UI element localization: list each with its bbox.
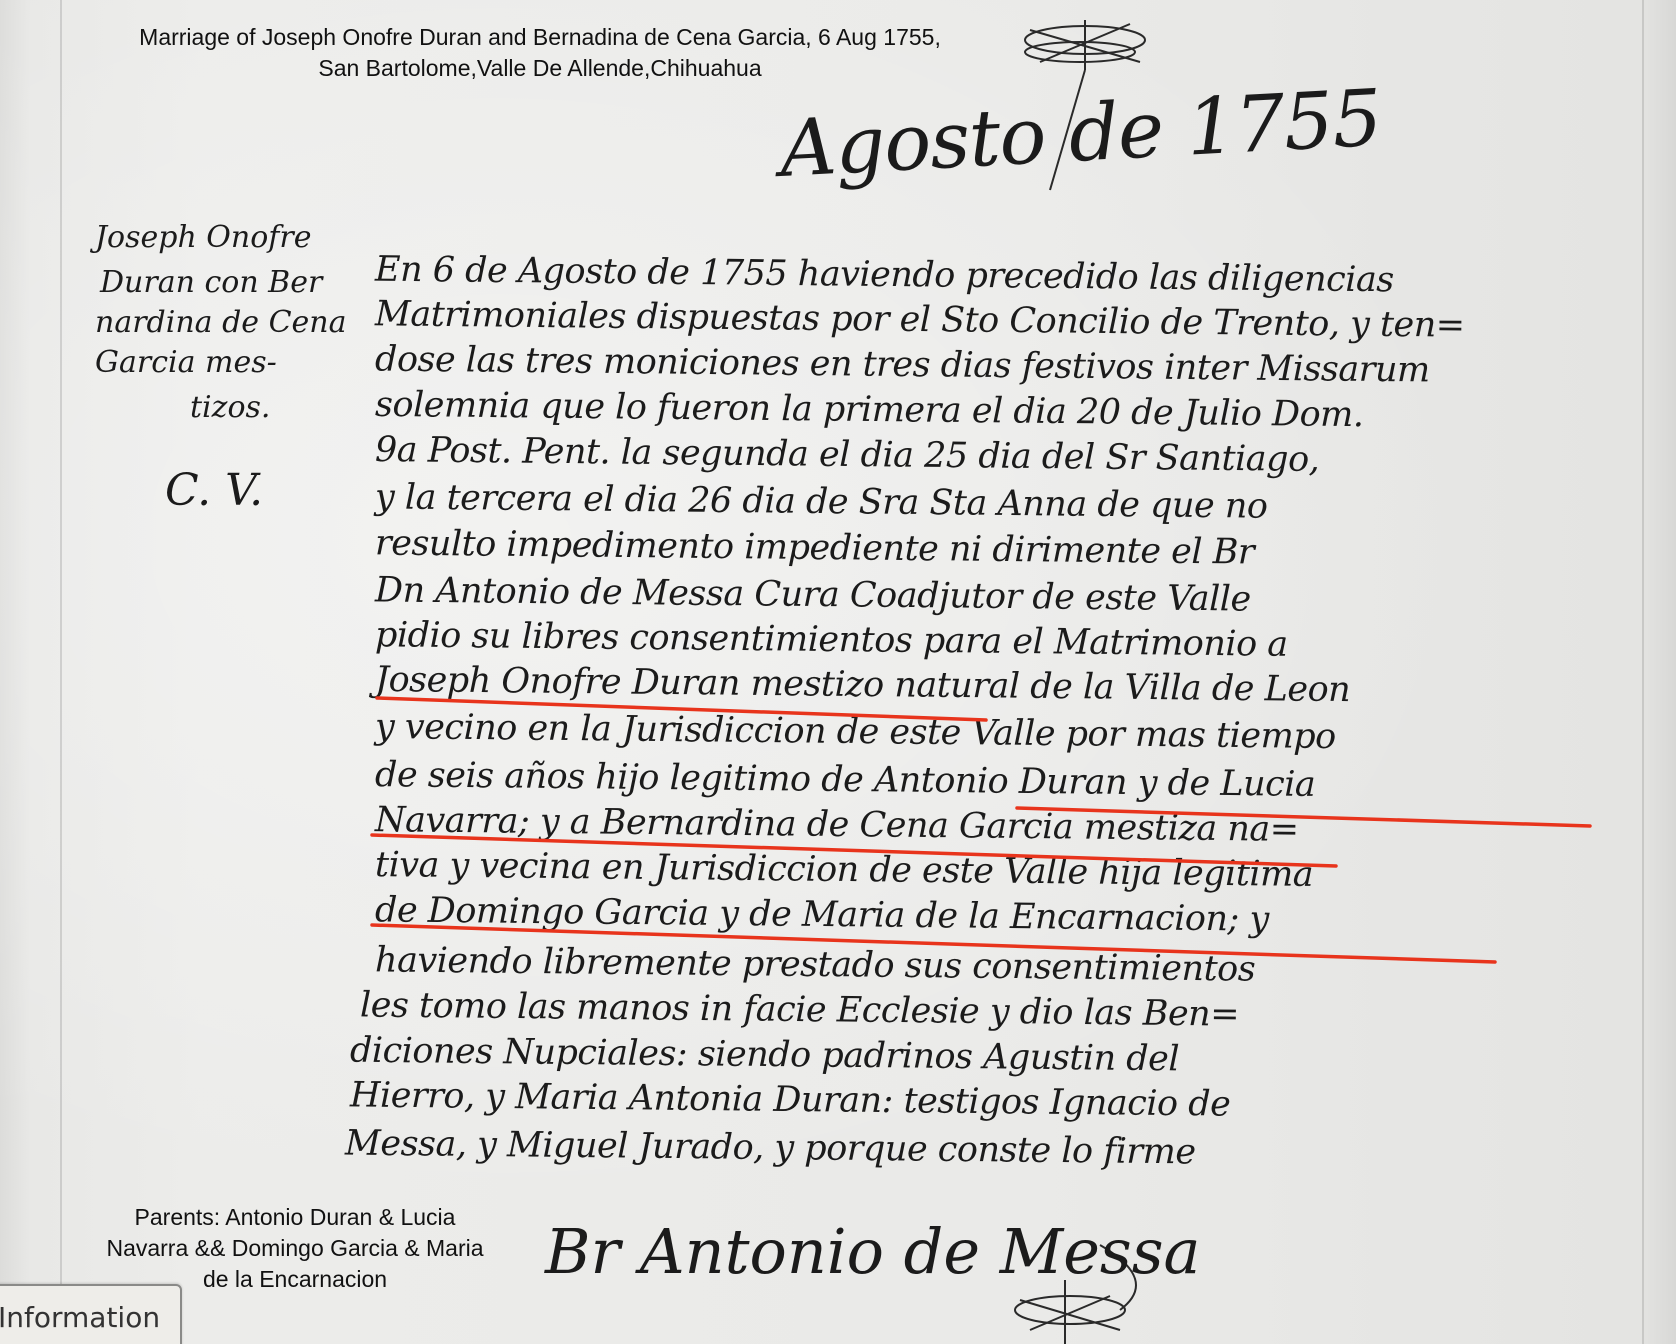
underline-bride	[372, 835, 1336, 866]
underline-bride-parents	[372, 925, 1495, 962]
underline-groom-parents	[1017, 808, 1590, 826]
underline-groom	[377, 698, 986, 720]
information-tab[interactable]: Information	[0, 1284, 182, 1344]
caption-bottom-line2: Navarra && Domingo Garcia & Maria	[60, 1233, 530, 1264]
underline-annotations	[0, 0, 1676, 1344]
information-tab-label: Information	[0, 1301, 160, 1334]
caption-bottom-line1: Parents: Antonio Duran & Lucia	[60, 1202, 530, 1233]
document-image: Marriage of Joseph Onofre Duran and Bern…	[0, 0, 1676, 1344]
caption-bottom: Parents: Antonio Duran & Lucia Navarra &…	[60, 1202, 530, 1295]
